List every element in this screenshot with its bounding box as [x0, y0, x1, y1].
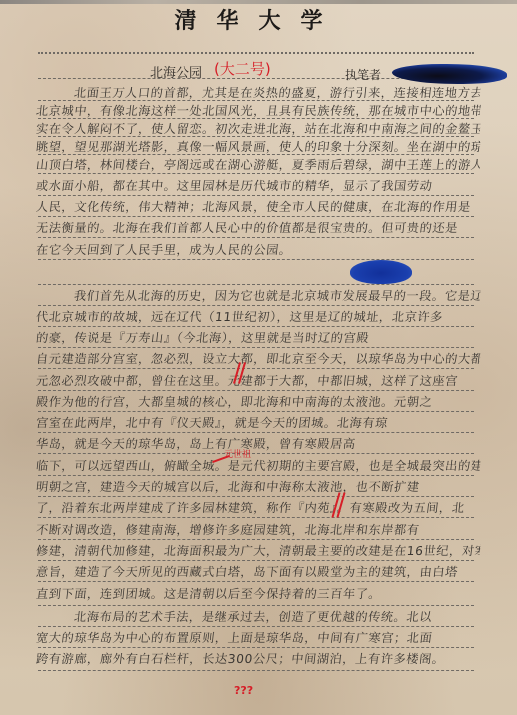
text-line: 眺望，望见那湖光塔影，真像一幅风景画，使人的印象十分深刻。坐在湖中的琼华岛: [35, 140, 480, 154]
text-line: 自元建造部分宫室，忽必烈，设立大都，即北京至今天，以琼华岛为中心的大都。: [35, 352, 480, 366]
line-rule: [38, 216, 474, 217]
text-line: 意旨，建造了今天所见的西藏式白塔，岛下面有以殿堂为主的建筑，由白塔: [35, 565, 480, 579]
line-rule: [38, 411, 474, 412]
text-line: 或水面小船，都在其中。这里园林是历代城市的精华，显示了我国劳动: [35, 179, 480, 193]
redacted-author-name: [392, 64, 507, 84]
text-line: 的豪，传说是『万寿山』（今北海），这里就是当时辽的宫殿: [35, 331, 480, 345]
text-line: 不断对调改造，修建南海，增修许多庭园建筑，北海北岸和东岸都有: [35, 523, 480, 537]
line-rule: [38, 154, 474, 155]
text-line: 临下，可以远望西山，俯瞰全城。是元代初期的主要宫殿，也是全城最突出的建筑。: [35, 459, 480, 473]
text-line: 代北京城市的故城，远在辽代（11世纪初），这里是辽的城址，北京许多: [35, 310, 480, 324]
letterhead: 清华大学: [0, 4, 517, 35]
line-rule: [38, 626, 474, 627]
text-line: 元忽必烈攻破中都，曾住在这里。元建都于大都，中都旧城，这样了这座宫: [35, 374, 480, 388]
line-rule: [38, 605, 474, 606]
line-rule: [38, 305, 474, 306]
text-line: 跨有游廊，廊外有白石栏杆，长达300公尺；中间湖泊，上有许多楼阁。: [35, 652, 480, 666]
author-label: 执笔者: [345, 66, 381, 83]
text-line: 我们首先从北海的历史，因为它也就是北京城市发展最早的一段。它是辽: [35, 289, 480, 303]
text-line: 明朝之宫，建造今天的城宫以后，北海和中海称太液池，也不断扩建: [35, 480, 480, 494]
line-rule: [38, 539, 474, 540]
manuscript-page: 清华大学 北海公园 (大二号) 执笔者 北面王万人口的首都，尤其是在炎热的盛夏，…: [0, 0, 517, 715]
line-rule: [38, 647, 474, 648]
line-rule: [38, 173, 474, 174]
line-rule: [38, 136, 474, 137]
line-rule: [38, 390, 474, 391]
line-rule: [38, 368, 474, 369]
line-rule: [38, 496, 474, 497]
text-line: 了，沿着东北两岸建成了许多园林建筑，称作『内苑』。有寒殿改为五间，北: [35, 501, 480, 515]
line-rule: [38, 432, 474, 433]
text-line: 山顶白塔，林间楼台，亭阁远或在湖心游艇，夏季雨后碧绿，湖中王莲上的游人: [35, 158, 480, 172]
text-line: 在它今天回到了人民手里，成为人民的公园。: [35, 243, 480, 257]
line-rule: [38, 284, 474, 285]
line-rule: [38, 195, 474, 196]
text-line: 无法衡量的。北海在我们首都人民心中的价值都是很宝贵的。但可贵的还是: [35, 221, 480, 235]
line-rule: [38, 259, 474, 260]
text-line: 直到下面，连到团城。这是清朝以后至今保持着的三百年了。: [35, 587, 480, 601]
blue-ink-blot: [350, 260, 412, 284]
text-line: 北海布局的艺术手法，是继承过去，创造了更优越的传统。北以: [35, 610, 480, 624]
text-line: 殿作为他的行宫，大都皇城的核心，即北海和中南海的太液池。元朝之: [35, 395, 480, 409]
line-rule: [38, 118, 474, 119]
line-rule: [38, 475, 474, 476]
line-rule: [38, 581, 474, 582]
text-line: 实在令人解闷不了，使人留恋。初次走进北海，站在北海和中南海之间的金鳌玉蝀桥上: [35, 122, 480, 136]
header-rule: [38, 52, 474, 54]
title-red-annotation: (大二号): [214, 58, 271, 79]
text-line: 人民，文化传统，伟大精神；北海风景，使全市人民的健康，在北海的作用是: [35, 200, 480, 214]
line-rule: [38, 560, 474, 561]
line-rule: [38, 100, 474, 101]
text-line: 北京城中，有像北海这样一处北国风光，且具有民族传统，那在城市中心的地带: [35, 104, 480, 118]
line-rule: [38, 670, 474, 671]
text-line: 北面王万人口的首都，尤其是在炎热的盛夏，游行引来，连接相连地方去游玩的: [35, 86, 480, 100]
red-insertion-note: 元世祖: [224, 447, 251, 460]
page-title: 北海公园: [150, 62, 202, 81]
text-line: 华岛，就是今天的琼华岛，岛上有广寒殿，曾有寒殿居高: [35, 437, 480, 451]
line-rule: [38, 347, 474, 348]
text-line: 宫室在此两岸，北中有『仪天殿』，就是今天的团城。北海有琼: [35, 416, 480, 430]
text-line: 修建，清朝代加修建，北海面积最为广大，清朝最主要的改建是在16世纪，对寒殿: [35, 544, 480, 558]
text-line: 宽大的琼华岛为中心的布置原则，上面是琼华岛，中间有广寒宫；北面: [35, 631, 480, 645]
line-rule: [38, 326, 474, 327]
red-question-mark: ???: [234, 684, 253, 697]
line-rule: [38, 517, 474, 518]
line-rule: [38, 237, 474, 238]
line-rule: [38, 453, 474, 454]
